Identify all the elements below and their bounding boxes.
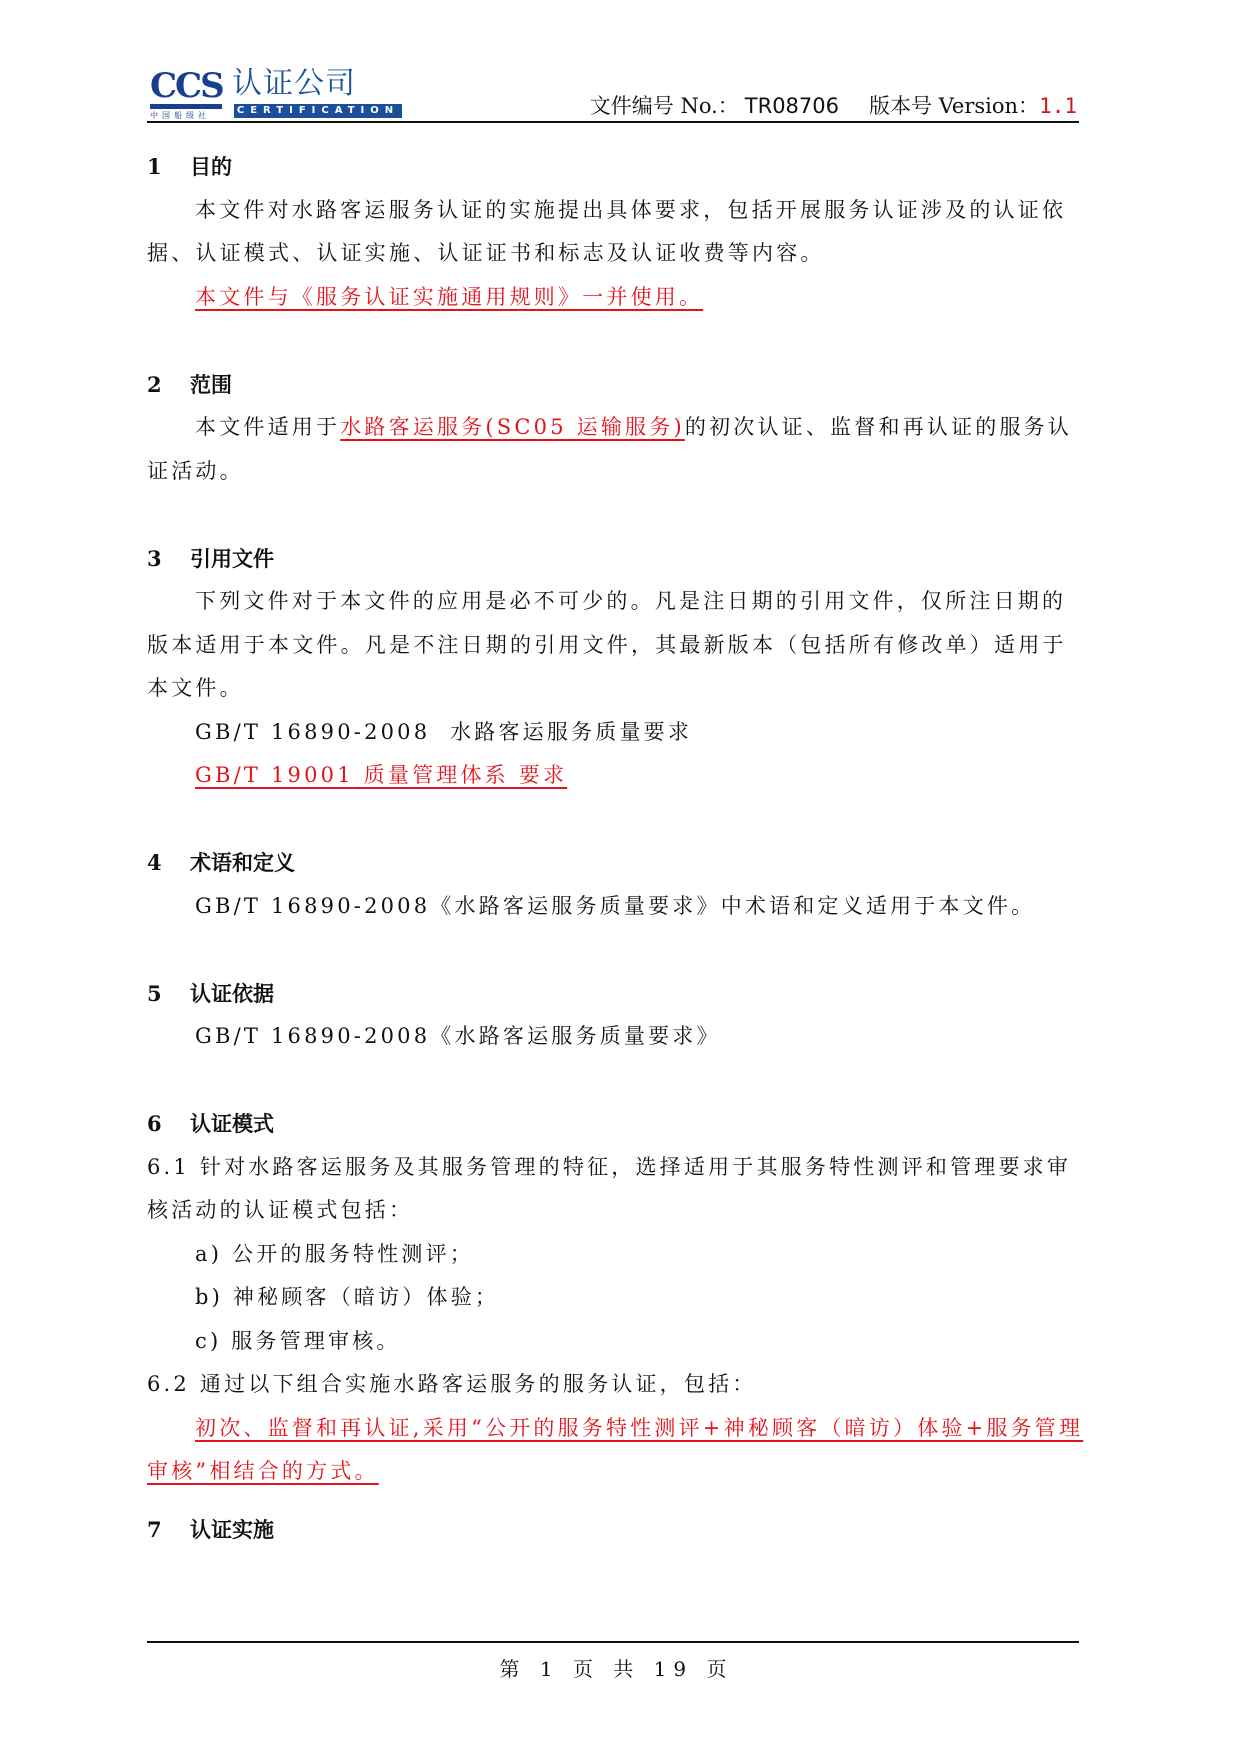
reference-item: GB/T 16890-2008 水路客运服务质量要求 [147, 711, 1087, 755]
paragraph: GB/T 16890-2008《水路客运服务质量要求》中术语和定义适用于本文件。 [147, 885, 1087, 929]
document-page: CCS 中国船级社 认证公司 CERTIFICATION 文件编号 No.：TR… [0, 0, 1233, 1743]
document-meta: 文件编号 No.：TR08706版本号 Version：1.1 [590, 90, 1077, 120]
doc-no-value: TR08706 [745, 94, 839, 118]
paragraph: 本文件对水路客运服务认证的实施提出具体要求，包括开展服务认证涉及的认证依 [147, 189, 1087, 233]
paragraph: 下列文件对于本文件的应用是必不可少的。凡是注日期的引用文件，仅所注日期的 [147, 580, 1087, 624]
logo-company-en: CERTIFICATION [234, 104, 402, 118]
clause-6-1: 6.1 针对水路客运服务及其服务管理的特征，选择适用于其服务特性测评和管理要求审 [147, 1146, 1087, 1190]
list-item: b) 神秘顾客（暗访）体验； [147, 1276, 1087, 1320]
clause-6-2: 6.2 通过以下组合实施水路客运服务的服务认证，包括： [147, 1363, 1087, 1407]
paragraph-red-note: 本文件与《服务认证实施通用规则》一并使用。 [147, 276, 1087, 320]
clause-6-2-red: 初次、监督和再认证,采用“公开的服务特性测评+神秘顾客（暗访）体验+服务管理 [147, 1407, 1087, 1451]
list-item: a) 公开的服务特性测评； [147, 1233, 1087, 1277]
list-item: c) 服务管理审核。 [147, 1320, 1087, 1364]
section-heading-3: 3引用文件 [147, 537, 1087, 581]
logo-society-bar [150, 104, 222, 109]
section-heading-1: 1目的 [147, 145, 1087, 189]
logo-ccs-wordmark: CCS [150, 68, 223, 104]
document-body: 1目的 本文件对水路客运服务认证的实施提出具体要求，包括开展服务认证涉及的认证依… [147, 145, 1087, 1551]
ccs-certification-logo: CCS 中国船级社 认证公司 CERTIFICATION [150, 68, 402, 118]
doc-no-label: 文件编号 No.： [590, 94, 739, 118]
section-heading-5: 5认证依据 [147, 972, 1087, 1016]
footer-divider [147, 1641, 1079, 1643]
paragraph: 本文件。 [147, 667, 1087, 711]
section-heading-2: 2范围 [147, 363, 1087, 407]
logo-society-cn: 中国船级社 [150, 110, 210, 121]
section-heading-7: 7认证实施 [147, 1508, 1087, 1552]
paragraph: 版本适用于本文件。凡是不注日期的引用文件，其最新版本（包括所有修改单）适用于 [147, 624, 1087, 668]
section-heading-6: 6认证模式 [147, 1102, 1087, 1146]
page-number: 第 1 页 共 19 页 [0, 1653, 1233, 1682]
paragraph: 本文件适用于水路客运服务(SC05 运输服务)的初次认证、监督和再认证的服务认 [147, 406, 1087, 450]
version-label: 版本号 Version： [869, 94, 1039, 118]
section-heading-4: 4术语和定义 [147, 841, 1087, 885]
header-divider [147, 121, 1079, 123]
version-value: 1.1 [1039, 94, 1077, 118]
paragraph: 证活动。 [147, 450, 1087, 494]
clause-6-2-red-cont: 审核”相结合的方式。 [147, 1450, 1087, 1494]
paragraph: 据、认证模式、认证实施、认证证书和标志及认证收费等内容。 [147, 232, 1087, 276]
reference-item-red: GB/T 19001 质量管理体系 要求 [147, 754, 1087, 798]
paragraph: GB/T 16890-2008《水路客运服务质量要求》 [147, 1015, 1087, 1059]
clause-6-1-cont: 核活动的认证模式包括： [147, 1189, 1087, 1233]
logo-company-cn: 认证公司 [232, 66, 356, 102]
